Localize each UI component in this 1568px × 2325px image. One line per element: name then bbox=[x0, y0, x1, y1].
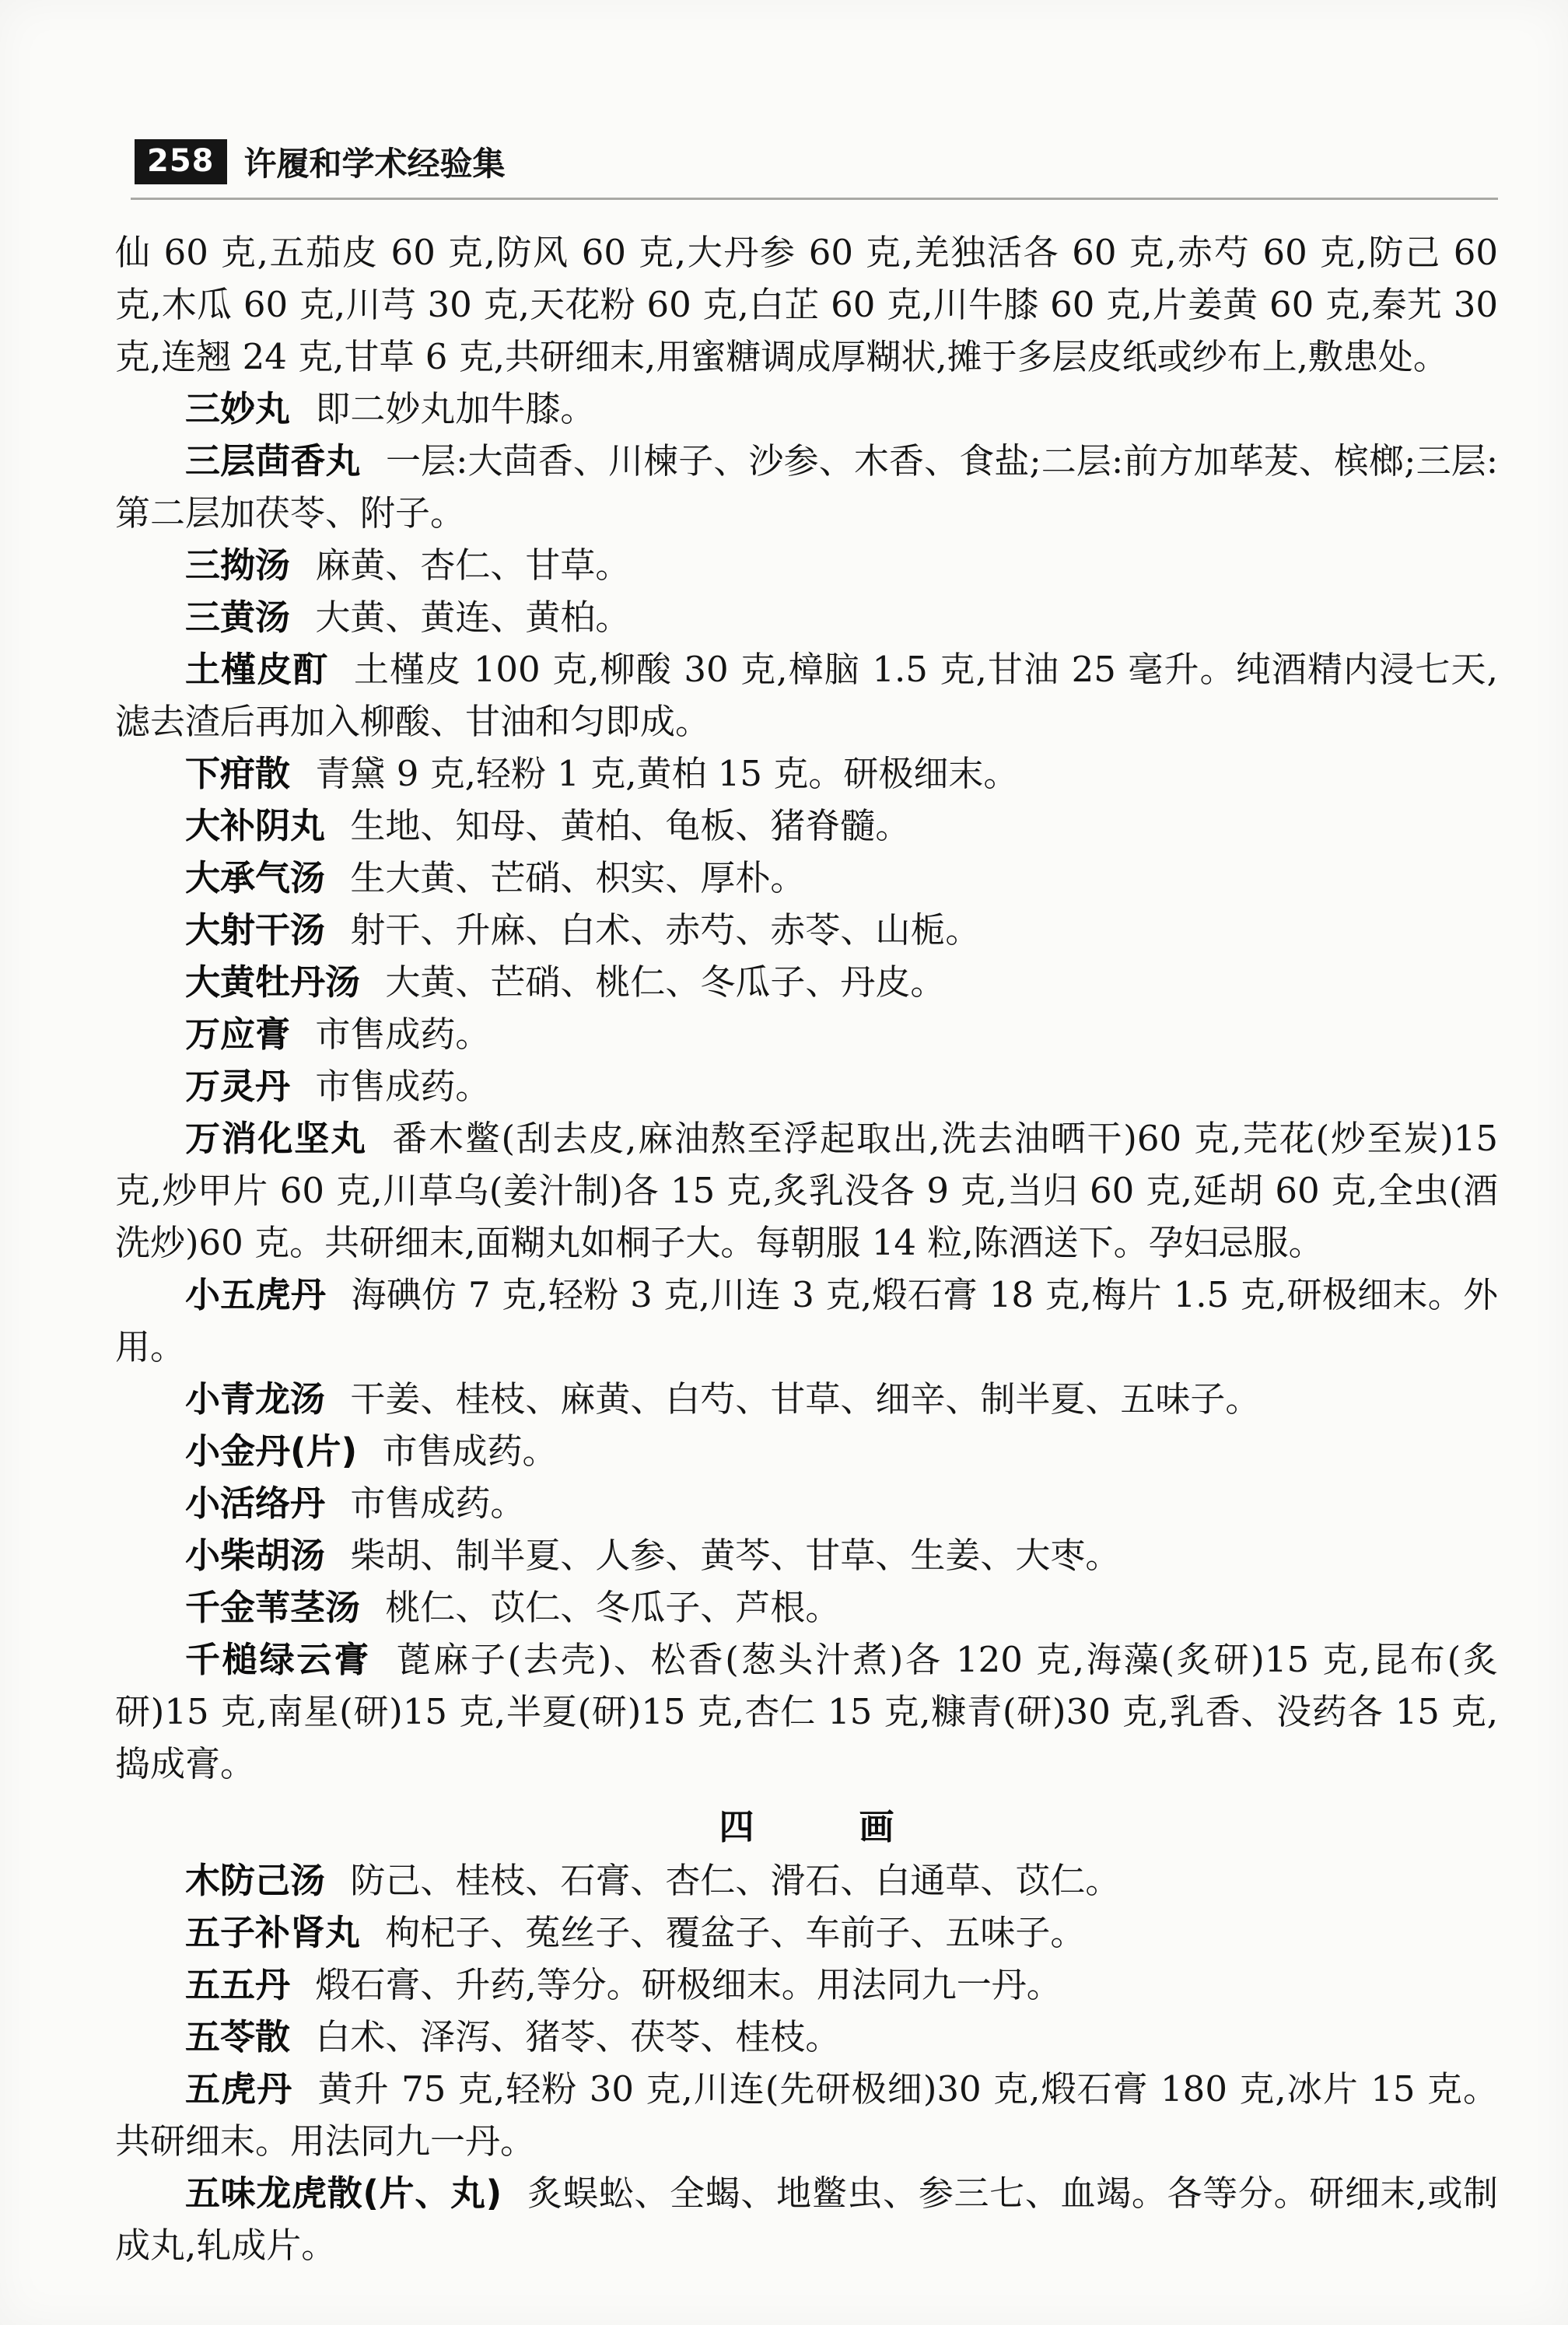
book-page: 258 许履和学术经验集 仙 60 克,五茄皮 60 克,防风 60 克,大丹参… bbox=[0, 0, 1568, 2325]
continuation-paragraph: 仙 60 克,五茄皮 60 克,防风 60 克,大丹参 60 克,羌独活各 60… bbox=[115, 226, 1498, 383]
formula-description: 大黄、芒硝、桃仁、冬瓜子、丹皮。 bbox=[385, 961, 945, 1003]
formula-entry: 三拗汤麻黄、杏仁、甘草。 bbox=[115, 539, 1498, 591]
formula-name: 三拗汤 bbox=[185, 544, 290, 586]
entries-section-three-strokes: 三妙丸即二妙丸加牛膝。 三层茴香丸一层:大茴香、川楝子、沙参、木香、食盐;二层:… bbox=[115, 383, 1498, 1790]
formula-name: 三层茴香丸 bbox=[185, 440, 361, 481]
formula-description: 市售成药。 bbox=[315, 1014, 490, 1055]
formula-entry: 下疳散青黛 9 克,轻粉 1 克,黄柏 15 克。研极细末。 bbox=[115, 748, 1498, 800]
formula-entry: 五苓散白术、泽泻、猪苓、茯苓、桂枝。 bbox=[115, 2011, 1498, 2063]
formula-entry: 千金苇茎汤桃仁、苡仁、冬瓜子、芦根。 bbox=[115, 1581, 1498, 1633]
formula-entry: 大射干汤射干、升麻、白术、赤芍、赤苓、山栀。 bbox=[115, 904, 1498, 956]
formula-entry: 土槿皮酊土槿皮 100 克,柳酸 30 克,樟脑 1.5 克,甘油 25 毫升。… bbox=[115, 643, 1498, 748]
formula-entry: 木防己汤防己、桂枝、石膏、杏仁、滑石、白通草、苡仁。 bbox=[115, 1854, 1498, 1907]
formula-description: 黄升 75 克,轻粉 30 克,川连(先研极细)30 克,煅石膏 180 克,冰… bbox=[115, 2068, 1498, 2162]
formula-entry: 小五虎丹海碘仿 7 克,轻粉 3 克,川连 3 克,煅石膏 18 克,梅片 1.… bbox=[115, 1269, 1498, 1373]
formula-description: 桃仁、苡仁、冬瓜子、芦根。 bbox=[385, 1587, 840, 1628]
formula-name: 万消化坚丸 bbox=[185, 1118, 367, 1159]
book-title: 许履和学术经验集 bbox=[244, 138, 506, 185]
formula-entry: 五味龙虎散(片、丸)炙蜈蚣、全蝎、地鳖虫、参三七、血竭。各等分。研细末,或制成丸… bbox=[115, 2167, 1498, 2271]
formula-name: 小金丹(片) bbox=[185, 1430, 357, 1472]
formula-name: 五味龙虎散(片、丸) bbox=[185, 2173, 502, 2214]
formula-description: 生地、知母、黄柏、龟板、猪脊髓。 bbox=[350, 805, 910, 846]
formula-name: 千槌绿云膏 bbox=[185, 1639, 371, 1680]
formula-name: 小活络丹 bbox=[185, 1483, 325, 1524]
formula-name: 大射干汤 bbox=[185, 909, 325, 951]
formula-name: 千金苇茎汤 bbox=[185, 1587, 360, 1628]
formula-entry: 小金丹(片)市售成药。 bbox=[115, 1425, 1498, 1477]
formula-name: 五苓散 bbox=[185, 2016, 290, 2057]
formula-entry: 三妙丸即二妙丸加牛膝。 bbox=[115, 383, 1498, 435]
page-header: 258 许履和学术经验集 bbox=[135, 138, 1498, 185]
formula-description: 射干、升麻、白术、赤芍、赤苓、山栀。 bbox=[350, 909, 980, 951]
formula-entry: 小柴胡汤柴胡、制半夏、人参、黄芩、甘草、生姜、大枣。 bbox=[115, 1529, 1498, 1581]
page-number-badge: 258 bbox=[135, 139, 227, 184]
formula-description: 生大黄、芒硝、枳实、厚朴。 bbox=[350, 857, 805, 898]
formula-description: 青黛 9 克,轻粉 1 克,黄柏 15 克。研极细末。 bbox=[315, 753, 1018, 794]
formula-entry: 千槌绿云膏蓖麻子(去壳)、松香(葱头汁煮)各 120 克,海藻(炙研)15 克,… bbox=[115, 1633, 1498, 1790]
formula-entry: 三层茴香丸一层:大茴香、川楝子、沙参、木香、食盐;二层:前方加荜茇、槟榔;三层:… bbox=[115, 435, 1498, 539]
formula-entry: 万应膏市售成药。 bbox=[115, 1008, 1498, 1060]
formula-name: 五五丹 bbox=[185, 1964, 290, 2005]
section-heading-four-strokes: 四 画 bbox=[115, 1801, 1498, 1853]
formula-name: 五子补肾丸 bbox=[185, 1912, 360, 1953]
formula-entry: 小青龙汤干姜、桂枝、麻黄、白芍、甘草、细辛、制半夏、五味子。 bbox=[115, 1373, 1498, 1425]
formula-name: 大补阴丸 bbox=[185, 805, 325, 846]
header-rule bbox=[131, 198, 1498, 200]
page-body: 仙 60 克,五茄皮 60 克,防风 60 克,大丹参 60 克,羌独活各 60… bbox=[115, 226, 1498, 2271]
formula-entry: 大补阴丸生地、知母、黄柏、龟板、猪脊髓。 bbox=[115, 800, 1498, 852]
formula-entry: 万灵丹市售成药。 bbox=[115, 1060, 1498, 1112]
formula-name: 五虎丹 bbox=[185, 2068, 292, 2110]
formula-name: 小青龙汤 bbox=[185, 1378, 325, 1420]
formula-name: 万应膏 bbox=[185, 1014, 290, 1055]
formula-name: 三妙丸 bbox=[185, 388, 290, 429]
formula-description: 柴胡、制半夏、人参、黄芩、甘草、生姜、大枣。 bbox=[350, 1535, 1120, 1576]
formula-entry: 小活络丹市售成药。 bbox=[115, 1477, 1498, 1529]
formula-description: 白术、泽泻、猪苓、茯苓、桂枝。 bbox=[315, 2016, 840, 2057]
formula-name: 大黄牡丹汤 bbox=[185, 961, 360, 1003]
formula-entry: 五子补肾丸枸杞子、菟丝子、覆盆子、车前子、五味子。 bbox=[115, 1907, 1498, 1959]
formula-name: 小五虎丹 bbox=[185, 1274, 326, 1315]
formula-description: 干姜、桂枝、麻黄、白芍、甘草、细辛、制半夏、五味子。 bbox=[350, 1378, 1260, 1420]
formula-name: 小柴胡汤 bbox=[185, 1535, 325, 1576]
formula-description: 即二妙丸加牛膝。 bbox=[315, 388, 595, 429]
formula-name: 土槿皮酊 bbox=[185, 649, 329, 690]
formula-entry: 大承气汤生大黄、芒硝、枳实、厚朴。 bbox=[115, 852, 1498, 904]
entries-section-four-strokes: 木防己汤防己、桂枝、石膏、杏仁、滑石、白通草、苡仁。 五子补肾丸枸杞子、菟丝子、… bbox=[115, 1854, 1498, 2271]
formula-description: 枸杞子、菟丝子、覆盆子、车前子、五味子。 bbox=[385, 1912, 1085, 1953]
formula-description: 市售成药。 bbox=[383, 1430, 558, 1472]
formula-entry: 三黄汤大黄、黄连、黄柏。 bbox=[115, 591, 1498, 643]
formula-description: 市售成药。 bbox=[350, 1483, 525, 1524]
formula-name: 三黄汤 bbox=[185, 597, 290, 638]
formula-name: 万灵丹 bbox=[185, 1066, 290, 1107]
formula-description: 市售成药。 bbox=[315, 1066, 490, 1107]
formula-entry: 五虎丹黄升 75 克,轻粉 30 克,川连(先研极细)30 克,煅石膏 180 … bbox=[115, 2063, 1498, 2167]
formula-entry: 五五丹煅石膏、升药,等分。研极细末。用法同九一丹。 bbox=[115, 1959, 1498, 2011]
formula-name: 大承气汤 bbox=[185, 857, 325, 898]
formula-name: 木防己汤 bbox=[185, 1860, 325, 1901]
formula-description: 麻黄、杏仁、甘草。 bbox=[315, 544, 630, 586]
formula-description: 防己、桂枝、石膏、杏仁、滑石、白通草、苡仁。 bbox=[350, 1860, 1120, 1901]
formula-entry: 万消化坚丸番木鳖(刮去皮,麻油熬至浮起取出,洗去油晒干)60 克,芫花(炒至炭)… bbox=[115, 1112, 1498, 1269]
formula-name: 下疳散 bbox=[185, 753, 290, 794]
formula-entry: 大黄牡丹汤大黄、芒硝、桃仁、冬瓜子、丹皮。 bbox=[115, 956, 1498, 1008]
formula-description: 煅石膏、升药,等分。研极细末。用法同九一丹。 bbox=[315, 1964, 1061, 2005]
formula-description: 大黄、黄连、黄柏。 bbox=[315, 597, 630, 638]
